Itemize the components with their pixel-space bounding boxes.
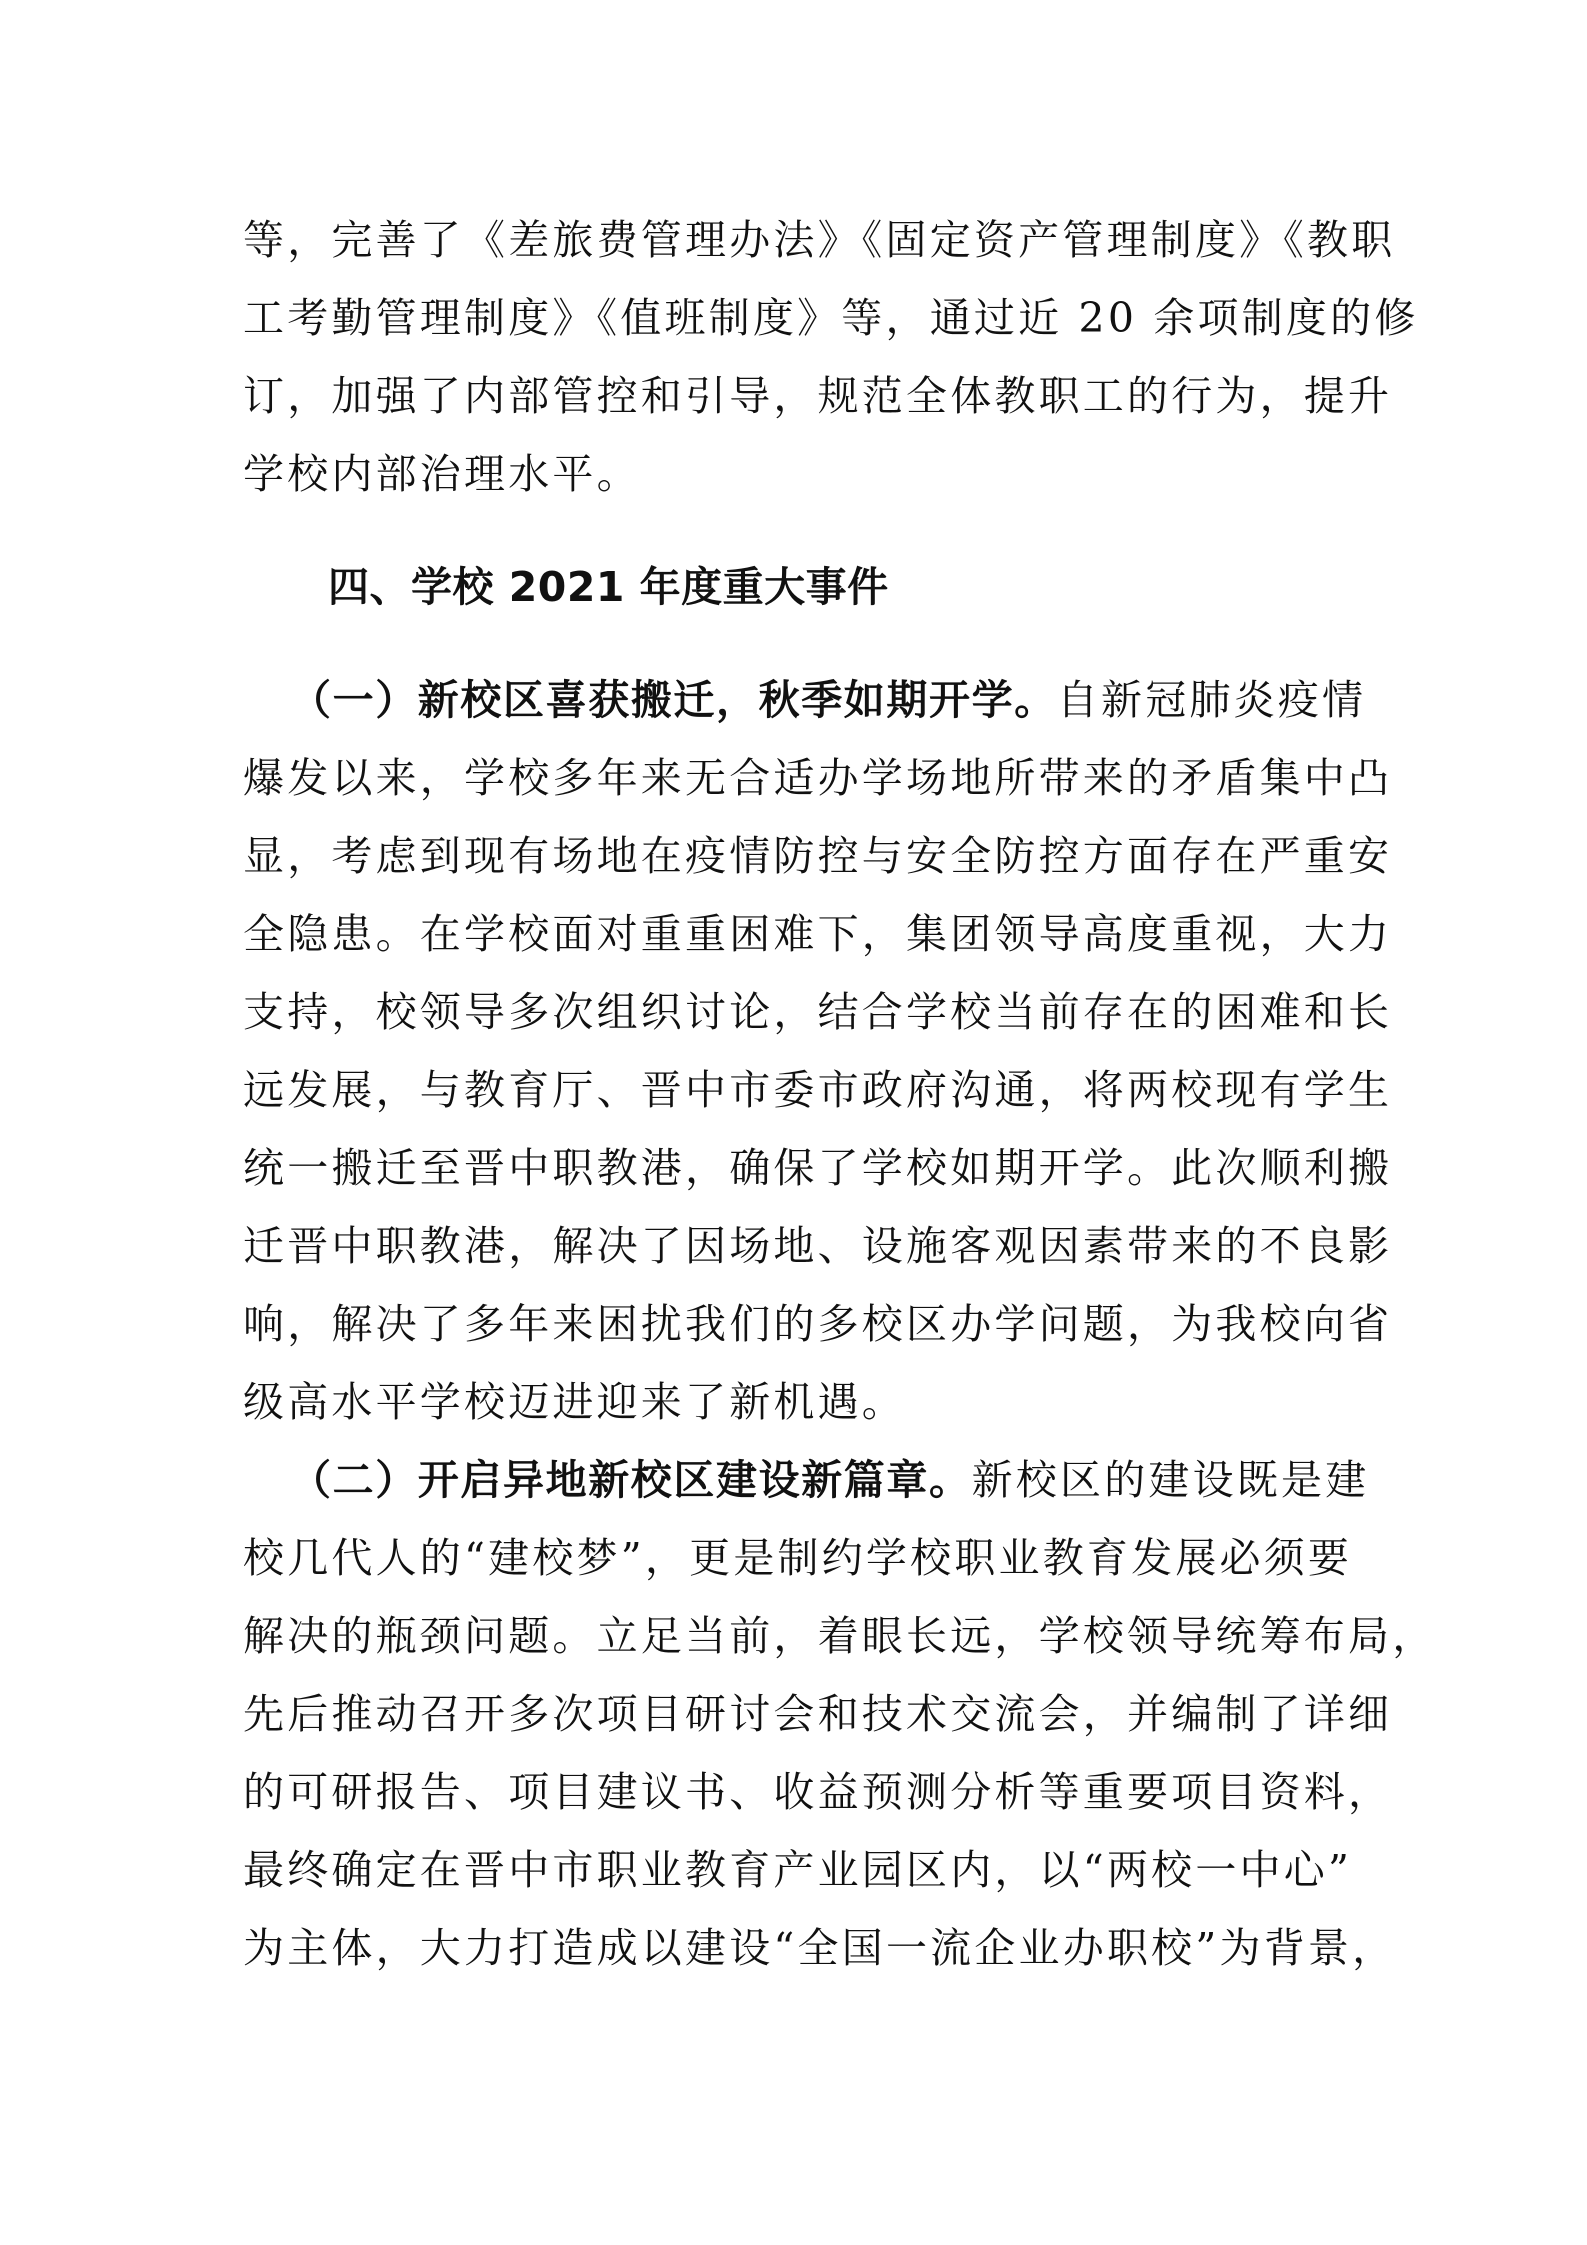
paragraph-line: 学校内部治理水平。: [243, 444, 1353, 504]
event-1-text: 自新冠肺炎疫情: [1057, 676, 1366, 724]
paragraph-line: 为主体，大力打造成以建设“全国一流企业办职校”为背景，: [243, 1918, 1353, 1978]
paragraph-line: 订，加强了内部管控和引导，规范全体教职工的行为，提升: [243, 366, 1353, 426]
event-1-first-line: （一）新校区喜获搬迁，秋季如期开学。自新冠肺炎疫情: [290, 670, 1353, 730]
paragraph-line: 统一搬迁至晋中职教港，确保了学校如期开学。此次顺利搬: [243, 1138, 1353, 1198]
paragraph-line: 校几代人的“建校梦”，更是制约学校职业教育发展必须要: [243, 1528, 1353, 1588]
paragraph-line: 级高水平学校迈进迎来了新机遇。: [243, 1372, 1353, 1432]
document-page: 等，完善了《差旅费管理办法》《固定资产管理制度》《教职 工考勤管理制度》《值班制…: [0, 0, 1587, 2245]
paragraph-line: 解决的瓶颈问题。立足当前，着眼长远，学校领导统筹布局，: [243, 1606, 1353, 1666]
event-1-title: （一）新校区喜获搬迁，秋季如期开学。: [290, 676, 1057, 724]
paragraph-line: 远发展，与教育厅、晋中市委市政府沟通，将两校现有学生: [243, 1060, 1353, 1120]
paragraph-line: 全隐患。在学校面对重重困难下，集团领导高度重视，大力: [243, 904, 1353, 964]
paragraph-line: 工考勤管理制度》《值班制度》等，通过近 20 余项制度的修: [243, 288, 1353, 348]
paragraph-line: 的可研报告、项目建议书、收益预测分析等重要项目资料，: [243, 1762, 1353, 1822]
section-heading: 四、学校 2021 年度重大事件: [328, 557, 1438, 617]
paragraph-line: 先后推动召开多次项目研讨会和技术交流会，并编制了详细: [243, 1684, 1353, 1744]
paragraph-line: 迁晋中职教港，解决了因场地、设施客观因素带来的不良影: [243, 1216, 1353, 1276]
paragraph-line: 响，解决了多年来困扰我们的多校区办学问题，为我校向省: [243, 1294, 1353, 1354]
paragraph-line: 显，考虑到现有场地在疫情防控与安全防控方面存在严重安: [243, 826, 1353, 886]
paragraph-line: 最终确定在晋中市职业教育产业园区内，以“两校一中心”: [243, 1840, 1353, 1900]
paragraph-line: 等，完善了《差旅费管理办法》《固定资产管理制度》《教职: [243, 210, 1353, 270]
event-2-text: 新校区的建设既是建: [972, 1456, 1370, 1504]
event-2-title: （二）开启异地新校区建设新篇章。: [290, 1456, 972, 1504]
paragraph-line: 支持，校领导多次组织讨论，结合学校当前存在的困难和长: [243, 982, 1353, 1042]
paragraph-line: 爆发以来，学校多年来无合适办学场地所带来的矛盾集中凸: [243, 748, 1353, 808]
event-2-first-line: （二）开启异地新校区建设新篇章。新校区的建设既是建: [290, 1450, 1353, 1510]
